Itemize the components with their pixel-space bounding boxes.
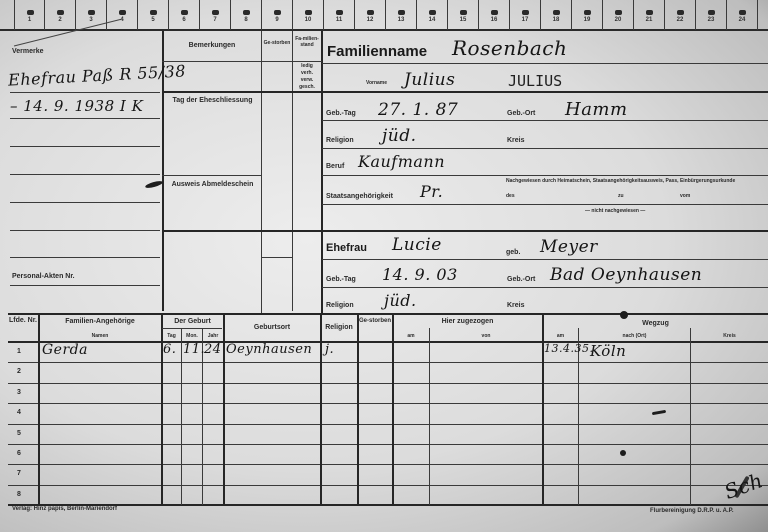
- punch-number: 7: [200, 17, 230, 23]
- punch-number: 21: [634, 17, 664, 23]
- punch-cell-15: 15: [448, 0, 479, 30]
- staatsangehoerigkeit-value: Pr.: [420, 182, 443, 201]
- punch-cell-9: 9: [262, 0, 293, 30]
- punch-number: 1: [15, 17, 44, 23]
- staatsangehoerigkeit-label: Staatsangehörigkeit: [326, 193, 393, 200]
- punch-hole-icon: [88, 10, 95, 15]
- th-angehoerige: Familien-Angehörige: [39, 318, 161, 325]
- beruf-label: Beruf: [326, 163, 344, 170]
- punch-cell-4: 4: [107, 0, 138, 30]
- row-number: 5: [0, 430, 38, 437]
- punch-number: 8: [231, 17, 261, 23]
- punch-cell-21: 21: [634, 0, 665, 30]
- punch-cell-13: 13: [386, 0, 417, 30]
- punch-hole-icon: [491, 10, 498, 15]
- th-geburtsort: Geburtsort: [224, 324, 320, 331]
- punch-number: 2: [45, 17, 75, 23]
- row-number: 4: [0, 409, 38, 416]
- vermerke-label: Vermerke: [12, 48, 44, 55]
- punch-number: 11: [324, 17, 354, 23]
- punch-cell-14: 14: [417, 0, 448, 30]
- th-weg-am: am: [543, 333, 578, 339]
- spouse-geb-ort-label: Geb.-Ort: [507, 276, 535, 283]
- nachweis-zu: zu: [618, 193, 624, 199]
- spouse-kreis-label: Kreis: [507, 302, 525, 309]
- gestorben-label: Ge-storben: [262, 40, 292, 47]
- th-hier-zugezogen: Hier zugezogen: [393, 318, 542, 325]
- cell-weg-nach: Köln: [590, 342, 626, 360]
- th-weg-nach: nach (Ort): [579, 333, 690, 339]
- row-number: 8: [0, 491, 38, 498]
- punch-hole-icon: [150, 10, 157, 15]
- th-lfd-nr: Lfde. Nr.: [8, 317, 38, 325]
- cell-weg-am: 13.4.35.: [544, 342, 588, 355]
- punch-number: 12: [355, 17, 385, 23]
- table-row: 8: [0, 485, 768, 505]
- row-number: 2: [0, 368, 38, 375]
- ehefrau-label: Ehefrau: [326, 242, 367, 254]
- punch-number: 10: [293, 17, 323, 23]
- cell-ort: Oeynhausen: [226, 342, 312, 357]
- punch-hole-icon: [460, 10, 467, 15]
- th-zug-von: von: [430, 333, 542, 339]
- geb-ort-label: Geb.-Ort: [507, 110, 535, 117]
- punch-cell-7: 7: [200, 0, 231, 30]
- table-row: 7: [0, 464, 768, 484]
- punch-hole-icon: [336, 10, 343, 15]
- cell-religion: j.: [325, 342, 334, 357]
- punch-hole-icon: [646, 10, 653, 15]
- bemerkungen-label: Bemerkungen: [163, 42, 261, 49]
- familienstand-options: ledig verh. verw. gesch.: [295, 63, 319, 91]
- geb-value: Meyer: [540, 237, 598, 257]
- registration-card: 123456789101112131415161718192021222324: [0, 0, 768, 532]
- punch-hole-icon: [677, 10, 684, 15]
- row-number: 3: [0, 389, 38, 396]
- punch-strip: 123456789101112131415161718192021222324: [0, 0, 768, 31]
- table-row: 3: [0, 383, 768, 403]
- cell-jahr: 24: [204, 342, 222, 357]
- row-number: 1: [0, 348, 38, 355]
- ehefrau-value: Lucie: [392, 235, 442, 255]
- th-wegzug: Wegzug: [543, 320, 768, 327]
- punch-hole-icon: [398, 10, 405, 15]
- th-zug-am: am: [393, 333, 429, 339]
- ausweis-label: Ausweis Abmeldeschein: [170, 180, 255, 190]
- punch-number: 3: [76, 17, 106, 23]
- spouse-religion-label: Religion: [326, 302, 354, 309]
- punch-hole-icon: [305, 10, 312, 15]
- table-row: 1Gerda6.11.24Oeynhausenj.13.4.35.Köln: [0, 342, 768, 362]
- punch-cell-24: 24: [727, 0, 758, 30]
- cell-tag: 6.: [163, 342, 176, 357]
- th-namen: Namen: [39, 333, 161, 339]
- punch-hole-icon: [522, 10, 529, 15]
- kreis-label: Kreis: [507, 137, 525, 144]
- punch-cell-6: 6: [169, 0, 200, 30]
- punch-number: 16: [479, 17, 509, 23]
- punch-hole-icon: [243, 10, 250, 15]
- punch-cell-2: 2: [45, 0, 76, 30]
- punch-number: 17: [510, 17, 540, 23]
- th-tag: Tag: [162, 333, 181, 339]
- punch-number: 9: [262, 17, 292, 23]
- punch-cell-19: 19: [572, 0, 603, 30]
- cell-mon: 11.: [183, 342, 205, 357]
- familienname-value: Rosenbach: [452, 36, 567, 60]
- table-row: 2: [0, 362, 768, 382]
- familienstand-label: Fa-milien-stand: [293, 36, 321, 48]
- eheschliessung-label: Tag der Eheschliessung: [170, 96, 255, 106]
- geb-tag-label: Geb.-Tag: [326, 110, 356, 117]
- vermerke-entry-2: – 14. 9. 1938 I K: [10, 97, 143, 115]
- form-note: Flurbereinigung D.R.P. u. A.P.: [650, 508, 734, 514]
- punch-hole-icon: [708, 10, 715, 15]
- vermerke-entry-1: Ehefrau Paß R 55/38: [8, 61, 187, 89]
- punch-number: 14: [417, 17, 447, 23]
- vorname-label: Vorname: [366, 80, 387, 86]
- punch-number: 5: [138, 17, 168, 23]
- table-row: 6: [0, 444, 768, 464]
- punch-cell-22: 22: [665, 0, 696, 30]
- punch-hole-icon: [212, 10, 219, 15]
- punch-cell-11: 11: [324, 0, 355, 30]
- punch-cell-23: 23: [696, 0, 727, 30]
- punch-cell-12: 12: [355, 0, 386, 30]
- th-gestorben: Ge-storben: [358, 317, 392, 325]
- nachweis-text: Nachgewiesen durch Heimatschein, Staatsa…: [506, 178, 761, 184]
- th-religion: Religion: [321, 324, 357, 331]
- punch-number: 23: [696, 17, 726, 23]
- spouse-geb-tag-label: Geb.-Tag: [326, 276, 356, 283]
- punch-cell-5: 5: [138, 0, 169, 30]
- punch-cell-10: 10: [293, 0, 324, 30]
- th-jahr: Jahr: [203, 333, 223, 339]
- punch-number: 24: [727, 17, 757, 23]
- punch-hole-icon: [367, 10, 374, 15]
- beruf-value: Kaufmann: [358, 152, 445, 171]
- row-number: 7: [0, 470, 38, 477]
- punch-hole-icon: [739, 10, 746, 15]
- punch-hole-icon: [584, 10, 591, 15]
- punch-hole-icon: [119, 10, 126, 15]
- religion-label: Religion: [326, 137, 354, 144]
- nachweis-des: des: [506, 193, 515, 199]
- geb-label: geb.: [506, 249, 520, 256]
- punch-cell-8: 8: [231, 0, 262, 30]
- nicht-nachgewiesen: — nicht nachgewiesen —: [585, 208, 645, 214]
- punch-hole-icon: [181, 10, 188, 15]
- geb-ort-value: Hamm: [565, 99, 628, 120]
- th-der-geburt: Der Geburt: [162, 318, 223, 325]
- punch-cell-1: 1: [14, 0, 45, 30]
- punch-hole-icon: [553, 10, 560, 15]
- table-row: 5: [0, 424, 768, 444]
- punch-hole-icon: [57, 10, 64, 15]
- punch-cell-18: 18: [541, 0, 572, 30]
- nachweis-vom: vom: [680, 193, 690, 199]
- punch-number: 22: [665, 17, 695, 23]
- personal-akten-label: Personal-Akten Nr.: [12, 273, 75, 280]
- vorname-caps: JULIUS: [508, 72, 562, 90]
- row-number: 6: [0, 450, 38, 457]
- punch-number: 20: [603, 17, 633, 23]
- punch-number: 6: [169, 17, 199, 23]
- punch-hole-icon: [274, 10, 281, 15]
- punch-number: 13: [386, 17, 416, 23]
- punch-hole-icon: [429, 10, 436, 15]
- punch-hole-icon: [27, 10, 34, 15]
- cell-name: Gerda: [42, 342, 88, 358]
- punch-number: 15: [448, 17, 478, 23]
- familienname-label: Familienname: [327, 43, 427, 60]
- spouse-geb-tag-value: 14. 9. 03: [382, 265, 458, 284]
- spouse-geb-ort-value: Bad Oeynhausen: [550, 265, 702, 285]
- th-weg-kreis: Kreis: [691, 333, 768, 339]
- th-mon: Mon.: [182, 333, 202, 339]
- punch-number: 18: [541, 17, 571, 23]
- punch-hole-icon: [615, 10, 622, 15]
- punch-cell-17: 17: [510, 0, 541, 30]
- printer-note: Verlag: Hinz papis, Berlin-Mariendorf: [12, 506, 117, 512]
- punch-number: 19: [572, 17, 602, 23]
- spouse-religion-value: jüd.: [384, 291, 417, 310]
- vorname-value: Julius: [404, 70, 455, 90]
- geb-tag-value: 27. 1. 87: [378, 100, 458, 120]
- religion-value: jüd.: [382, 126, 417, 146]
- punch-cell-20: 20: [603, 0, 634, 30]
- punch-cell-16: 16: [479, 0, 510, 30]
